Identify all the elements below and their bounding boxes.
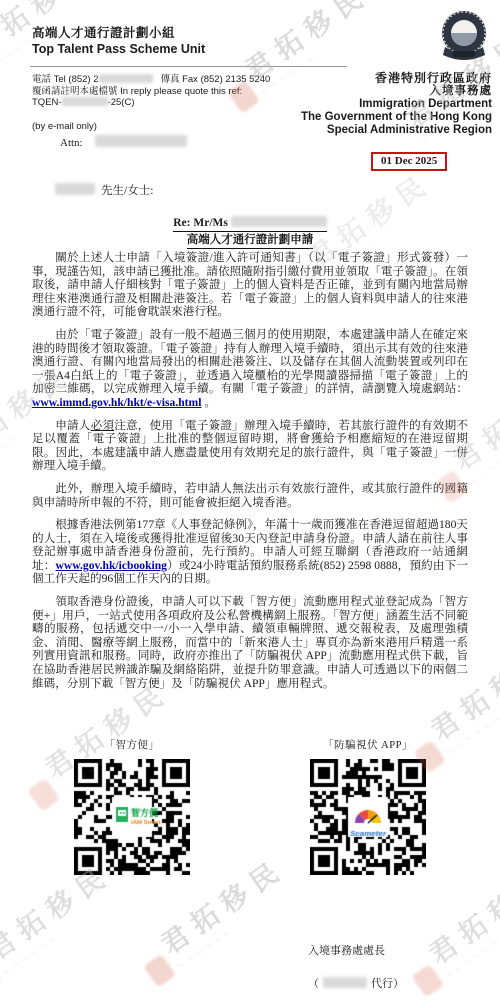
redacted-attn-name xyxy=(95,135,187,147)
date-stamp: 01 Dec 2025 xyxy=(371,152,447,171)
sender-unit-block: 高端人才通行證計劃小組 Top Talent Pass Scheme Unit xyxy=(32,23,205,56)
tel-fax-line: 電話 Tel (852) 2 傳真 Fax (852) 2135 5240 xyxy=(32,74,270,86)
subject-prefix: Re: Mr/Ms xyxy=(173,217,230,229)
qr-section: 「智方便」 「防騙視伏 APP」 xyxy=(0,737,500,880)
per-pro-open: （ xyxy=(308,978,319,990)
watermark-red-stamp-icon xyxy=(0,960,2,994)
qr-label-iamsmart: 「智方便」 xyxy=(52,737,212,752)
body-paragraph: 由於「電子簽證」設有一般不超過三個月的使用期限，本處建議申請人在確定來港的時間後… xyxy=(32,328,468,410)
ref-prefix: TQEN- xyxy=(32,97,62,108)
paragraph-text: 。 xyxy=(201,396,216,409)
redacted-phone xyxy=(99,74,153,83)
signer-title: 入境事務處處長 xyxy=(308,942,404,958)
watermark-scribble: 〜〜〜〜〜〜 xyxy=(175,881,299,972)
letter-body: 關於上述人士申請「入境簽證/進入許可通知書」（以「電子簽證」形式簽發）一事，現謹… xyxy=(32,251,468,699)
immigration-department-badge-icon xyxy=(437,7,491,72)
dept-name-en: Immigration Department xyxy=(301,98,492,111)
salutation-line: 先生/女士: xyxy=(55,182,153,198)
gov-name-en-1: The Government of the Hong Kong xyxy=(301,111,492,124)
inline-link[interactable]: www.gov.hk/icbooking xyxy=(56,559,167,572)
redacted-ref xyxy=(62,97,108,106)
redacted-addressee-name xyxy=(55,183,95,195)
gov-name-zh: 香港特別行政區政府 xyxy=(301,72,492,85)
header-divider xyxy=(30,66,347,67)
attn-label: Attn: xyxy=(60,137,83,149)
body-paragraph: 領取香港身份證後，申請人可以下載「智方便」流動應用程式並登記成為「智方便+」用戶… xyxy=(32,595,468,690)
per-pro-line: （代行） xyxy=(308,975,404,991)
subject-line-2: 高端人才通行證計劃申請 xyxy=(187,232,314,249)
paragraph-text: 關於上述人士申請「入境簽證/進入許可通知書」（以「電子簽證」形式簽發）一事，現謹… xyxy=(32,251,468,318)
paragraph-text: 由於「電子簽證」設有一般不超過三個月的使用期限，本處建議申請人在確定來港的時間後… xyxy=(32,328,468,395)
qr-column-iamsmart: 「智方便」 xyxy=(52,737,212,880)
per-pro-close: 代行） xyxy=(371,978,404,990)
watermark-scribble: 〜〜〜〜〜〜 xyxy=(1,887,125,978)
fax-label: 傳真 Fax (852) 2135 5240 xyxy=(160,74,270,85)
redacted-signer-name xyxy=(323,977,367,988)
salutation-text: 先生/女士: xyxy=(101,185,153,197)
letter-page: 君拓移民〜〜〜〜〜〜君拓移民〜〜〜〜〜〜君拓移民〜〜〜〜〜〜君拓移民〜〜〜〜〜〜… xyxy=(0,0,500,1002)
email-only-note: (by e-mail only) xyxy=(32,121,97,132)
ref-number-line: TQEN--25(C) xyxy=(32,97,270,109)
paragraph-text: 領取香港身份證後，申請人可以下載「智方便」流動應用程式並登記成為「智方便+」用戶… xyxy=(32,595,468,690)
paragraph-text: 此外，辦理入境手續時，若申請人無法出示有效旅行證件，或其旅行證件的國籍與申請時所… xyxy=(32,482,468,509)
watermark-red-stamp-icon xyxy=(143,954,176,988)
unit-name-en: Top Talent Pass Scheme Unit xyxy=(32,42,205,56)
body-paragraph: 根據香港法例第177章《人事登記條例》，年滿十一歲而獲准在香港逗留超過180天的… xyxy=(32,518,468,586)
signature-block: 入境事務處處長 （代行） xyxy=(308,942,404,991)
unit-name-zh: 高端人才通行證計劃小組 xyxy=(32,23,205,41)
inline-link[interactable]: www.immd.gov.hk/hkt/e-visa.html xyxy=(32,396,201,409)
subject-line-1: Re: Mr/Ms xyxy=(173,215,326,232)
qr-code-iamsmart xyxy=(74,759,190,875)
gov-name-en-2: Special Administrative Region xyxy=(301,124,492,137)
qr-column-scameter: 「防騙視伏 APP」 xyxy=(288,737,448,880)
redacted-applicant-name xyxy=(231,216,327,227)
subject-block: Re: Mr/Ms 高端人才通行證計劃申請 xyxy=(0,215,500,249)
government-letterhead: 香港特別行政區政府 入境事務處 Immigration Department T… xyxy=(301,72,492,137)
tel-label: 電話 Tel (852) 2 xyxy=(32,74,99,85)
ref-note-line: 覆函請註明本處檔號 In reply please quote this ref… xyxy=(32,86,270,98)
body-paragraph: 關於上述人士申請「入境簽證/進入許可通知書」（以「電子簽證」形式簽發）一事，現謹… xyxy=(32,251,468,319)
body-paragraph: 此外，辦理入境手續時，若申請人無法出示有效旅行證件，或其旅行證件的國籍與申請時所… xyxy=(32,482,468,509)
qr-code-scameter xyxy=(310,759,426,875)
paragraph-text: 申請人 xyxy=(55,419,90,432)
body-paragraph: 申請人必須注意，使用「電子簽證」辦理入境手續時，若其旅行證件的有效期不足以覆蓋「… xyxy=(32,419,468,473)
watermark-scribble: 〜〜〜〜〜〜 xyxy=(467,397,500,488)
emphasized-text: 必須 xyxy=(91,419,115,432)
dept-name-zh: 入境事務處 xyxy=(301,85,492,98)
watermark-red-stamp-icon xyxy=(411,964,444,998)
qr-label-scameter: 「防騙視伏 APP」 xyxy=(288,737,448,752)
watermark-scribble: 〜〜〜〜〜〜 xyxy=(443,891,500,982)
contact-block: 電話 Tel (852) 2 傳真 Fax (852) 2135 5240 覆函… xyxy=(32,74,270,109)
ref-suffix: -25(C) xyxy=(108,97,135,108)
attn-line: Attn: xyxy=(60,135,187,149)
